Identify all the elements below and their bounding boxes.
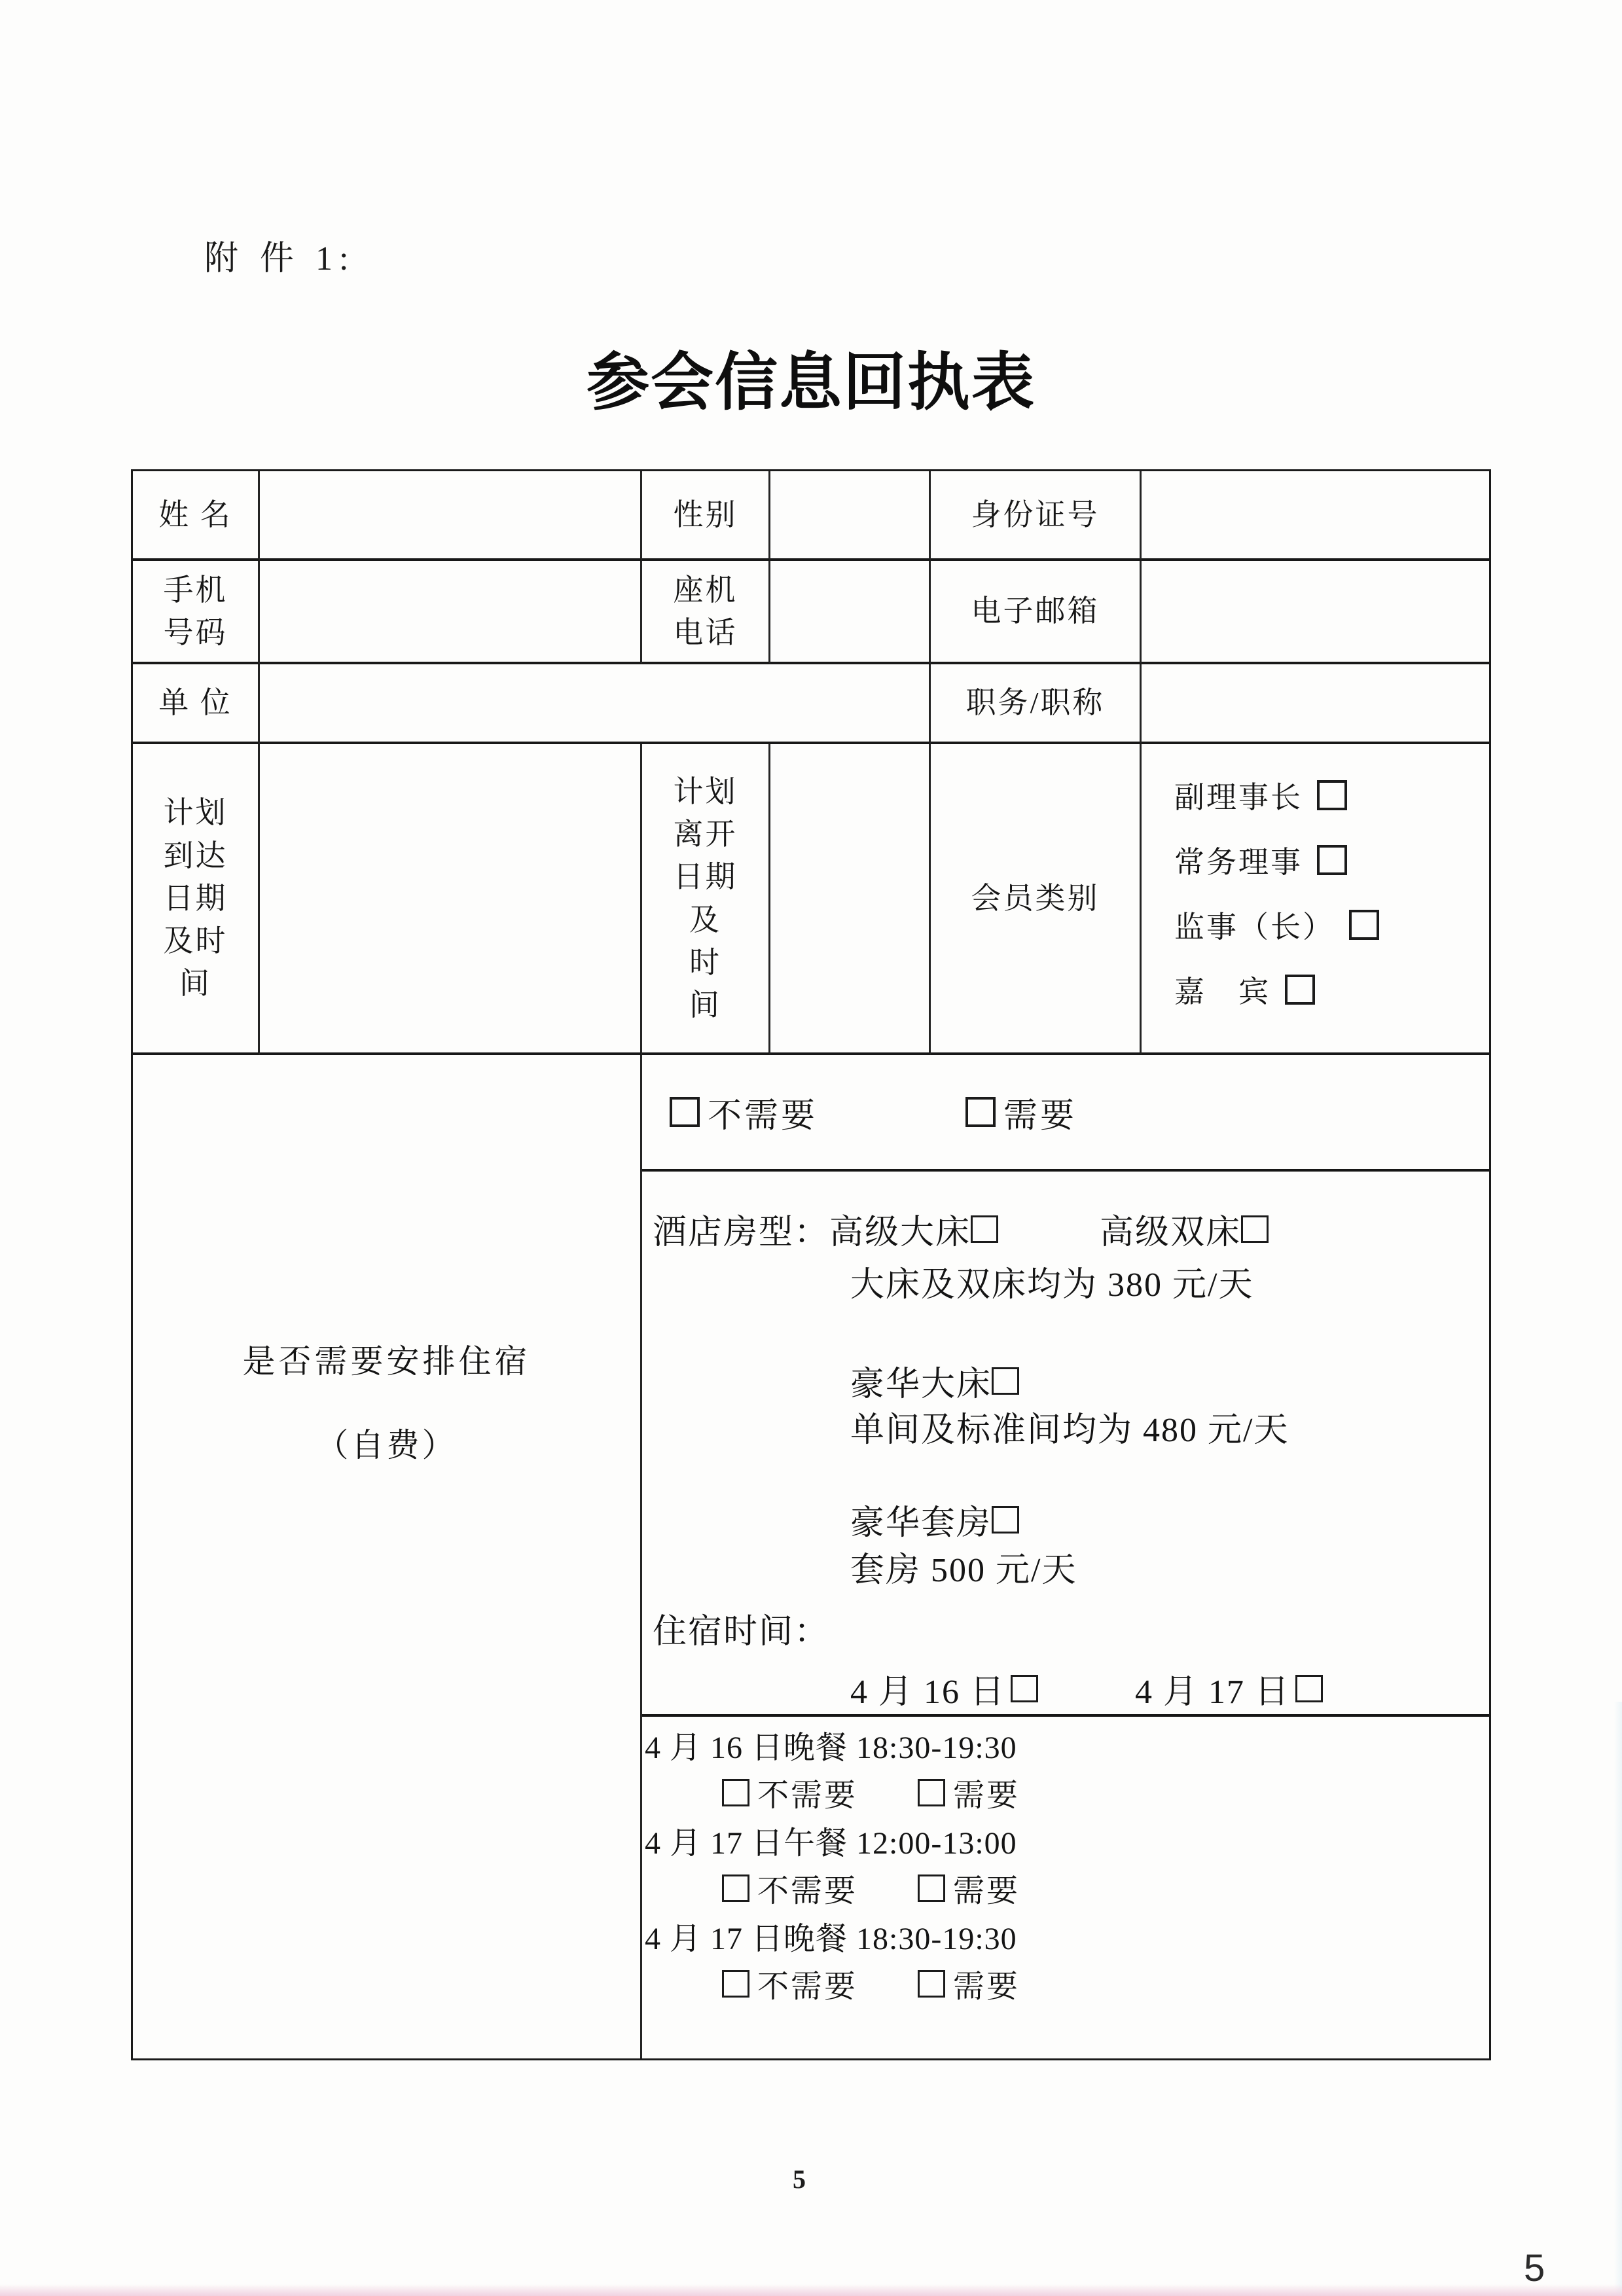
hotel-room-section: 酒店房型： 高级大床 高级双床 大床及双床均为 380 元/天 豪华大床 单间及… — [642, 1172, 1489, 1717]
stay-date-1-checkbox[interactable] — [1011, 1675, 1038, 1702]
stay-dates-label: 住宿时间： — [653, 1604, 829, 1653]
accommodation-need-checkbox[interactable] — [965, 1097, 996, 1127]
member-option-label: 常务理事 — [1174, 838, 1303, 882]
accommodation-detail-cell: 不需要 需要 酒店房型： 高级大床 高级双床 大床及双床均为 — [642, 1055, 1489, 2058]
meal-2-need-option: 需要 — [918, 1865, 1020, 1910]
stay-date-1-option: 4 月 16 日 — [850, 1664, 1038, 1713]
accommodation-need-option: 需要 — [965, 1088, 1077, 1137]
deluxe-king-label: 豪华大床 — [850, 1356, 992, 1405]
name-label: 姓 名 — [133, 471, 260, 561]
meal-3-options: 不需要 需要 — [642, 1960, 1489, 2007]
meal-1-title: 4 月 16 日晚餐 18:30-19:30 — [642, 1721, 1489, 1768]
superior-king-checkbox[interactable] — [971, 1215, 998, 1243]
stay-date-2-checkbox[interactable] — [1295, 1675, 1323, 1702]
departure-label: 计划 离开 日期 及 时 间 — [642, 744, 770, 1055]
position-value-cell[interactable] — [1142, 664, 1489, 744]
guest-checkbox[interactable] — [1285, 975, 1315, 1005]
email-label: 电子邮箱 — [931, 561, 1142, 664]
stay-date-1-label: 4 月 16 日 — [850, 1664, 1005, 1713]
member-option-vice-chairman: 副理事长 — [1174, 762, 1489, 827]
member-option-label: 监事（长） — [1174, 903, 1335, 946]
departure-value-cell[interactable] — [770, 744, 931, 1055]
email-value-cell[interactable] — [1142, 561, 1489, 664]
reply-form-table: 姓 名 性别 身份证号 手机 号码 座机 电话 电子邮箱 单 位 职务/职称 计… — [131, 469, 1491, 2060]
deluxe-king-line: 豪华大床 — [850, 1356, 1019, 1405]
gender-label: 性别 — [642, 471, 770, 561]
superior-twin-label: 高级双床 — [1100, 1204, 1241, 1253]
meal-1-no-need-checkbox[interactable] — [722, 1779, 749, 1806]
id-number-value-cell[interactable] — [1142, 471, 1489, 561]
superior-price: 大床及双床均为 380 元/天 — [850, 1257, 1253, 1306]
meal-3-title: 4 月 17 日晚餐 18:30-19:30 — [642, 1912, 1489, 1960]
name-value-cell[interactable] — [260, 471, 642, 561]
stay-date-2-option: 4 月 17 日 — [1135, 1664, 1323, 1713]
deluxe-suite-line: 豪华套房 — [850, 1495, 1019, 1544]
supervisor-checkbox[interactable] — [1349, 910, 1379, 940]
deluxe-suite-label: 豪华套房 — [850, 1495, 992, 1544]
meal-1-need-checkbox[interactable] — [918, 1779, 945, 1806]
meal-2-no-need-checkbox[interactable] — [722, 1874, 749, 1902]
self-pay-note: （自费） — [316, 1419, 458, 1466]
meal-2-no-need-label: 不需要 — [757, 1865, 857, 1910]
unit-label: 单 位 — [133, 664, 260, 744]
superior-price-line: 大床及双床均为 380 元/天 — [850, 1257, 1253, 1306]
arrival-value-cell[interactable] — [260, 744, 642, 1055]
accommodation-no-need-option: 不需要 — [670, 1088, 818, 1137]
corner-page-number: 5 — [1524, 2246, 1545, 2290]
scan-edge-artifact-right — [1614, 1702, 1622, 2296]
id-number-label: 身份证号 — [931, 471, 1142, 561]
suite-price: 套房 500 元/天 — [850, 1542, 1077, 1591]
mobile-label: 手机 号码 — [133, 561, 260, 664]
footer-page-number: 5 — [776, 2164, 822, 2195]
landline-value-cell[interactable] — [770, 561, 931, 664]
unit-value-cell[interactable] — [260, 664, 931, 744]
meal-3-no-need-option: 不需要 — [722, 1961, 857, 2006]
stay-dates-line: 4 月 16 日 4 月 17 日 — [850, 1664, 1323, 1713]
accommodation-label-cell: 是否需要安排住宿 （自费） — [133, 1055, 642, 2058]
executive-director-checkbox[interactable] — [1317, 845, 1347, 875]
page-title: 参会信息回执表 — [0, 332, 1622, 422]
accommodation-no-need-label: 不需要 — [708, 1088, 818, 1137]
meal-1-need-option: 需要 — [918, 1770, 1020, 1815]
arrival-label: 计划 到达 日期 及时 间 — [133, 744, 260, 1055]
member-category-label: 会员类别 — [931, 744, 1142, 1055]
room-type-label: 酒店房型： — [653, 1204, 829, 1253]
vice-chairman-checkbox[interactable] — [1317, 780, 1347, 810]
room-type-line: 酒店房型： 高级大床 高级双床 — [653, 1204, 1269, 1253]
meal-3-need-checkbox[interactable] — [918, 1970, 945, 1998]
deluxe-king-checkbox[interactable] — [992, 1367, 1019, 1395]
deluxe-suite-checkbox[interactable] — [992, 1506, 1019, 1534]
superior-king-label: 高级大床 — [829, 1204, 971, 1253]
member-options-cell: 副理事长 常务理事 监事（长） 嘉 宾 — [1142, 744, 1489, 1055]
meal-1-options: 不需要 需要 — [642, 1768, 1489, 1816]
accommodation-question: 是否需要安排住宿 — [243, 1335, 531, 1382]
meal-2-no-need-option: 不需要 — [722, 1865, 857, 1910]
mobile-value-cell[interactable] — [260, 561, 642, 664]
attachment-label: 附 件 1: — [204, 230, 355, 279]
meal-3-no-need-label: 不需要 — [757, 1961, 857, 2006]
meal-3-need-label: 需要 — [953, 1961, 1020, 2006]
meal-2-need-checkbox[interactable] — [918, 1874, 945, 1902]
meal-1-need-label: 需要 — [953, 1770, 1020, 1815]
meal-2-need-label: 需要 — [953, 1865, 1020, 1910]
suite-price-line: 套房 500 元/天 — [850, 1542, 1077, 1591]
member-option-label: 副理事长 — [1174, 774, 1303, 817]
member-option-executive-director: 常务理事 — [1174, 827, 1489, 892]
deluxe-price-line: 单间及标准间均为 480 元/天 — [850, 1402, 1289, 1451]
superior-twin-checkbox[interactable] — [1241, 1215, 1269, 1243]
meal-1-no-need-option: 不需要 — [722, 1770, 857, 1815]
accommodation-need-label: 需要 — [1003, 1088, 1077, 1137]
member-option-supervisor: 监事（长） — [1174, 892, 1489, 957]
meal-3-need-option: 需要 — [918, 1961, 1020, 2006]
meal-2-options: 不需要 需要 — [642, 1864, 1489, 1912]
meal-3-no-need-checkbox[interactable] — [722, 1970, 749, 1998]
landline-label: 座机 电话 — [642, 561, 770, 664]
deluxe-price: 单间及标准间均为 480 元/天 — [850, 1402, 1289, 1451]
gender-value-cell[interactable] — [770, 471, 931, 561]
meal-2-title: 4 月 17 日午餐 12:00-13:00 — [642, 1816, 1489, 1864]
member-option-label: 嘉 宾 — [1174, 968, 1271, 1011]
scanned-document-page: 附 件 1: 参会信息回执表 姓 名 性别 身份证号 手机 号码 座机 电话 电… — [0, 0, 1622, 2296]
accommodation-no-need-checkbox[interactable] — [670, 1097, 700, 1127]
scan-edge-artifact-bottom — [0, 2284, 1622, 2296]
meals-section: 4 月 16 日晚餐 18:30-19:30 不需要 需要 4 月 17 日午餐… — [642, 1717, 1489, 2007]
position-label: 职务/职称 — [931, 664, 1142, 744]
stay-dates-label-line: 住宿时间： — [653, 1604, 829, 1653]
stay-date-2-label: 4 月 17 日 — [1135, 1664, 1290, 1713]
accommodation-need-row: 不需要 需要 — [642, 1055, 1489, 1172]
meal-1-no-need-label: 不需要 — [757, 1770, 857, 1815]
member-option-guest: 嘉 宾 — [1174, 957, 1489, 1022]
